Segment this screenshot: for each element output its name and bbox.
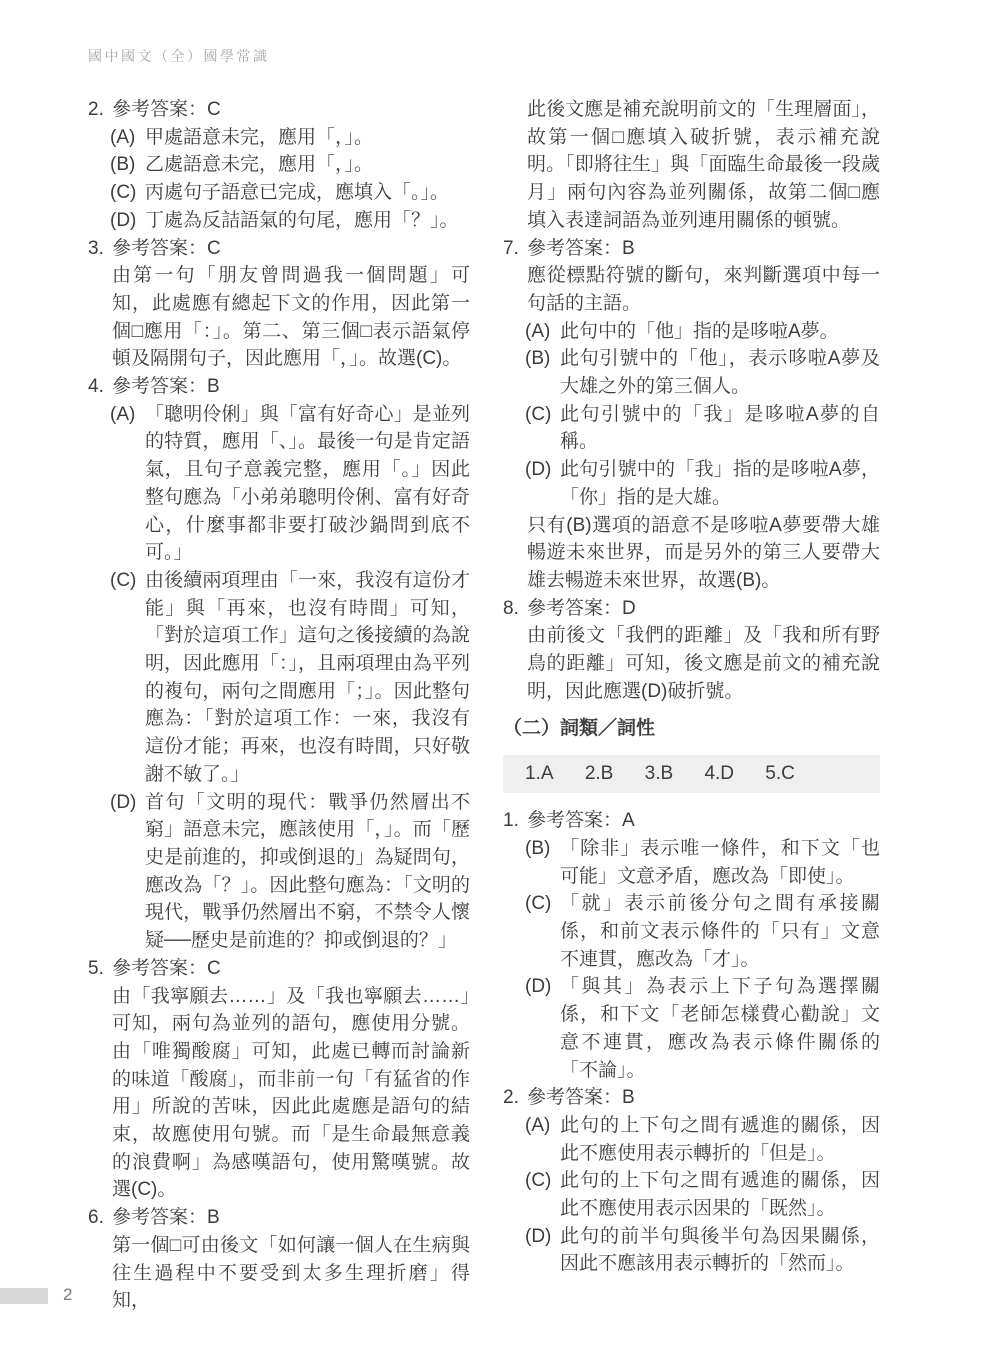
option-c: (C) 此句的上下句之間有遞進的關係，因此不應使用表示因果的「既然」。 [503,1167,880,1222]
option-c: (C) 此句引號中的「我」是哆啦A夢的自稱。 [503,401,880,456]
option-label: (A) [525,318,550,346]
answer-line: 參考答案：B [527,238,635,259]
answer-strip-item: 2.B [585,763,614,784]
option-a: (A) 此句中的「他」指的是哆啦A夢。 [503,318,880,346]
option-text: 「聰明伶俐」與「富有好奇心」是並列的特質，應用「、」。最後一句是肯定語氣，且句子… [145,404,470,564]
option-d: (D) 首句「文明的現代：戰爭仍然層出不窮」語意未完，應該使用「，」。而「歷史是… [88,789,470,955]
question-number: 8. [503,595,519,623]
option-label: (B) [525,835,550,863]
option-b: (B) 乙處語意未完，應用「，」。 [88,151,470,179]
option-label: (D) [525,973,551,1001]
option-b: (B) 此句引號中的「他」，表示哆啦A夢及大雄之外的第三個人。 [503,345,880,400]
option-text: 此句的上下句之間有遞進的關係，因此不應使用表示轉折的「但是」。 [560,1115,880,1164]
answer-item-7: 7. 參考答案：B [503,235,880,263]
right-column: 此後文應是補充說明前文的「生理層面」，故第一個□應填入破折號，表示補充說明。「即… [503,96,880,1278]
left-column: 2. 參考答案：C (A) 甲處語意未完，應用「，」。 (B) 乙處語意未完，應… [88,96,470,1315]
option-d: (D) 此句的前半句與後半句為因果關係，因此不應該用表示轉折的「然而」。 [503,1223,880,1278]
option-label: (D) [525,456,551,484]
option-b: (B) 「除非」表示唯一條件，和下文「也可能」文意矛盾，應改為「即使」。 [503,835,880,890]
answer-item-6: 6. 參考答案：B [88,1204,470,1232]
explanation-paragraph: 由前後文「我們的距離」及「我和所有野鳥的距離」可知，後文應是前文的補充說明，因此… [503,622,880,705]
option-text: 「就」表示前後分句之間有承接關係，和前文表示條件的「只有」文意不連貫，應改為「才… [560,893,880,969]
option-label: (B) [525,345,550,373]
answer-item-1: 1. 參考答案：A [503,807,880,835]
option-text: 此句的上下句之間有遞進的關係，因此不應使用表示因果的「既然」。 [560,1170,880,1219]
option-text: 丁處為反詰語氣的句尾，應用「？」。 [145,210,459,231]
option-label: (A) [110,401,135,429]
option-text: 丙處句子語意已完成，應填入「。」。 [145,182,449,203]
option-text: 首句「文明的現代：戰爭仍然層出不窮」語意未完，應該使用「，」。而「歷史是前進的，… [145,792,470,952]
question-number: 3. [88,235,104,263]
answer-strip: 1.A 2.B 3.B 4.D 5.C [503,755,880,793]
answer-strip-item: 3.B [645,763,674,784]
answer-item-5: 5. 參考答案：C [88,955,470,983]
option-label: (B) [110,151,135,179]
answer-strip-item: 1.A [525,763,554,784]
option-label: (C) [525,401,551,429]
explanation-paragraph: 只有(B)選項的語意不是哆啦A夢要帶大雄暢遊未來世界，而是另外的第三人要帶大雄去… [503,512,880,595]
option-text: 此句引號中的「我」指的是哆啦A夢，「你」指的是大雄。 [560,459,880,508]
option-text: 甲處語意未完，應用「，」。 [145,127,373,148]
question-number: 4. [88,373,104,401]
option-a: (A) 「聰明伶俐」與「富有好奇心」是並列的特質，應用「、」。最後一句是肯定語氣… [88,401,470,567]
answer-item-3: 3. 參考答案：C [88,235,470,263]
answer-item-4: 4. 參考答案：B [88,373,470,401]
option-text: 由後續兩項理由「一來，我沒有這份才能」與「再來，也沒有時間」可知，「對於這項工作… [145,570,470,785]
footer-bar [0,1288,48,1304]
question-number: 7. [503,235,519,263]
option-text: 此句中的「他」指的是哆啦A夢。 [560,321,839,342]
option-label: (D) [525,1223,551,1251]
explanation-paragraph: 應從標點符號的斷句，來判斷選項中每一句話的主語。 [503,262,880,317]
answer-item-8: 8. 參考答案：D [503,595,880,623]
option-d: (D) 丁處為反詰語氣的句尾，應用「？」。 [88,207,470,235]
answer-item-2: 2. 參考答案：C [88,96,470,124]
option-label: (C) [525,1167,551,1195]
option-text: 此句引號中的「他」，表示哆啦A夢及大雄之外的第三個人。 [560,348,880,397]
option-label: (A) [110,124,135,152]
explanation-paragraph: 第一個□可由後文「如何讓一個人在生病與往生過程中不要受到太多生理折磨」得知， [88,1232,470,1315]
option-d: (D) 此句引號中的「我」指的是哆啦A夢，「你」指的是大雄。 [503,456,880,511]
explanation-paragraph: 由「我寧願去……」及「我也寧願去……」可知，兩句為並列的語句，應使用分號。由「唯… [88,983,470,1205]
option-a: (A) 甲處語意未完，應用「，」。 [88,124,470,152]
option-label: (C) [110,179,136,207]
answer-line: 參考答案：C [112,99,221,120]
question-number: 6. [88,1204,104,1232]
option-label: (D) [110,789,136,817]
question-number: 1. [503,807,519,835]
page-header: 國中國文（全）國學常識 [88,46,270,66]
answer-line: 參考答案：B [527,1087,635,1108]
option-text: 「除非」表示唯一條件，和下文「也可能」文意矛盾，應改為「即使」。 [560,838,880,887]
answer-strip-item: 5.C [765,763,795,784]
page-number: 2 [63,1285,72,1305]
explanation-paragraph: 由第一句「朋友曾問過我一個問題」可知，此處應有總起下文的作用，因此第一個□應用「… [88,262,470,373]
option-c: (C) 「就」表示前後分句之間有承接關係，和前文表示條件的「只有」文意不連貫，應… [503,890,880,973]
question-number: 2. [503,1084,519,1112]
option-a: (A) 此句的上下句之間有遞進的關係，因此不應使用表示轉折的「但是」。 [503,1112,880,1167]
section-heading: （二）詞類／詞性 [503,715,880,743]
option-label: (A) [525,1112,550,1140]
option-label: (C) [110,567,136,595]
answer-strip-item: 4.D [704,763,734,784]
question-number: 2. [88,96,104,124]
question-number: 5. [88,955,104,983]
answer-line: 參考答案：C [112,958,221,979]
option-text: 「與其」為表示上下子句為選擇關係，和下文「老師怎樣費心勸說」文意不連貫，應改為表… [560,976,880,1080]
option-label: (C) [525,890,551,918]
answer-line: 參考答案：B [112,1207,220,1228]
option-text: 此句的前半句與後半句為因果關係，因此不應該用表示轉折的「然而」。 [560,1226,880,1275]
option-c: (C) 由後續兩項理由「一來，我沒有這份才能」與「再來，也沒有時間」可知，「對於… [88,567,470,789]
option-d: (D) 「與其」為表示上下子句為選擇關係，和下文「老師怎樣費心勸說」文意不連貫，… [503,973,880,1084]
option-label: (D) [110,207,136,235]
answer-line: 參考答案：C [112,238,221,259]
option-text: 此句引號中的「我」是哆啦A夢的自稱。 [560,404,880,453]
option-text: 乙處語意未完，應用「，」。 [145,154,373,175]
explanation-paragraph: 此後文應是補充說明前文的「生理層面」，故第一個□應填入破折號，表示補充說明。「即… [503,96,880,235]
answer-line: 參考答案：B [112,376,220,397]
option-c: (C) 丙處句子語意已完成，應填入「。」。 [88,179,470,207]
answer-item-2b: 2. 參考答案：B [503,1084,880,1112]
answer-line: 參考答案：D [527,598,636,619]
answer-line: 參考答案：A [527,810,635,831]
